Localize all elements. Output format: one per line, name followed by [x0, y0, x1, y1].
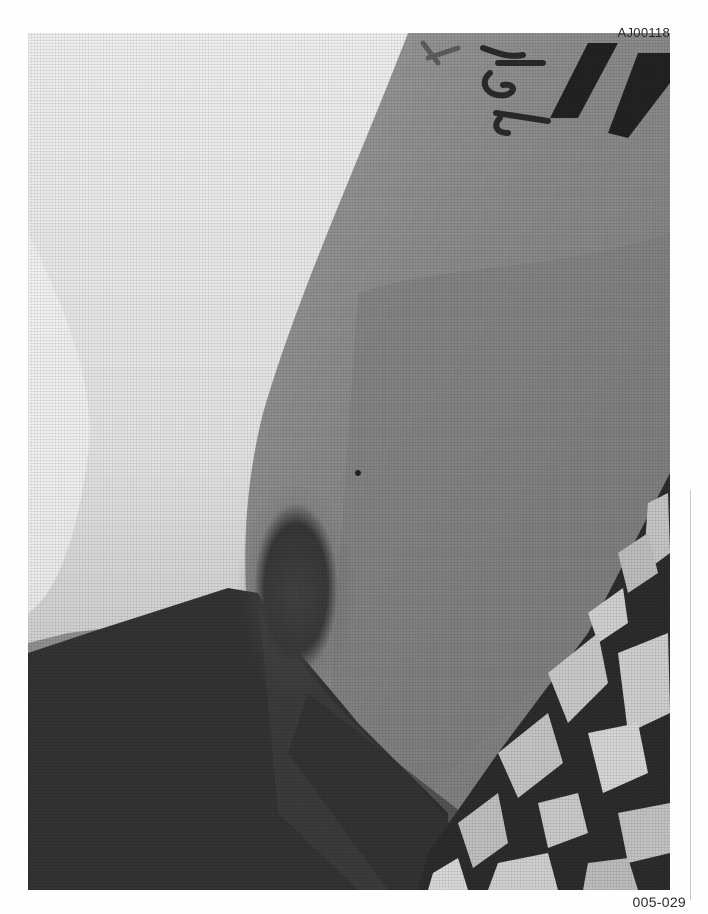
bates-number-bottom: 005-029: [633, 894, 686, 910]
scan-edge-line: [690, 490, 691, 900]
bates-number-top: AJ00118: [618, 26, 670, 39]
photo-illustration: [28, 33, 670, 890]
scanned-photograph: [28, 33, 670, 890]
document-page: AJ00118 005-029: [0, 0, 708, 914]
